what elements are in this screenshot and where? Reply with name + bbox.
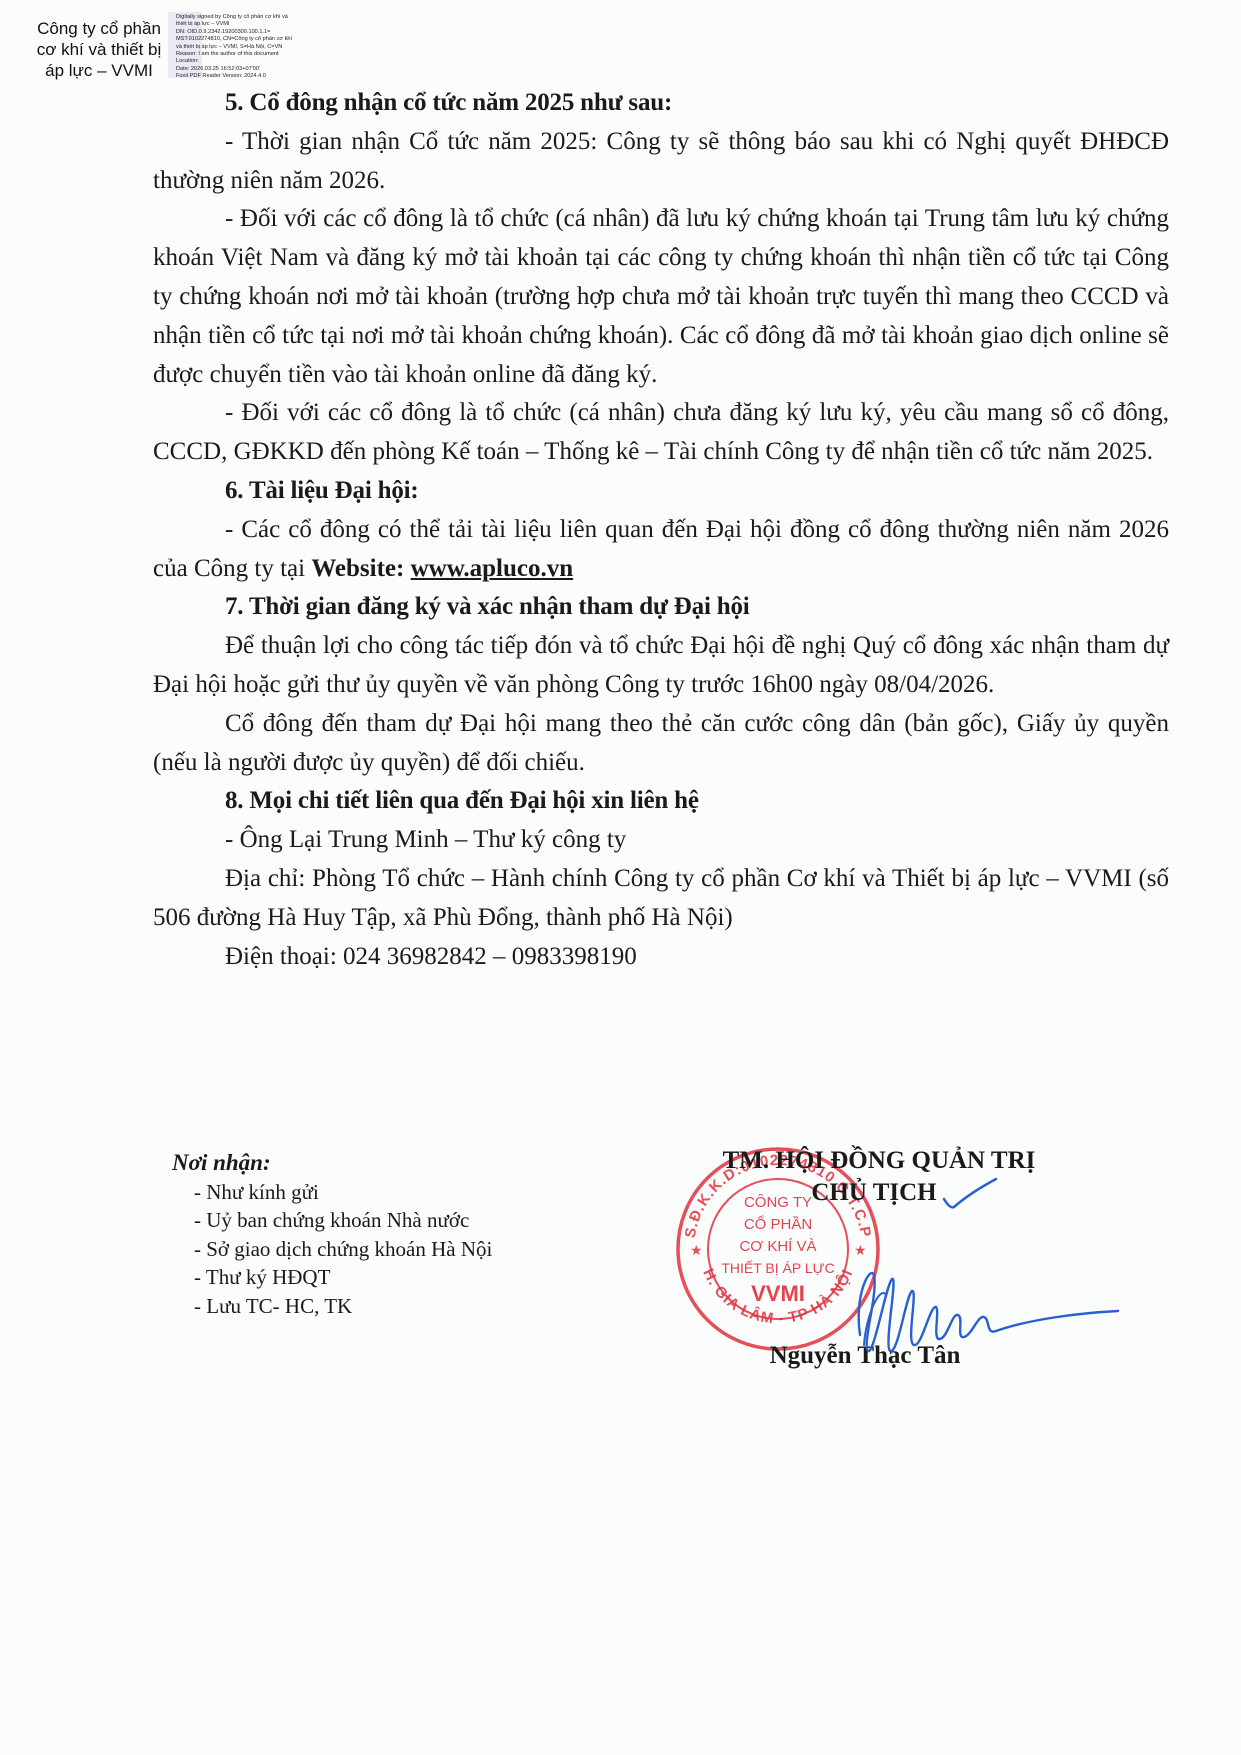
digital-signature-block[interactable]: Công ty cổ phần cơ khí và thiết bị áp lự… (0, 0, 330, 90)
section-6-paragraph: - Các cổ đông có thể tải tài liệu liên q… (153, 511, 1169, 589)
contact-person: - Ông Lại Trung Minh – Thư ký công ty (153, 821, 1169, 860)
stamp-line: CỔ PHẦN (744, 1215, 812, 1233)
section-5-paragraph: - Thời gian nhận Cổ tức năm 2025: Công t… (153, 123, 1169, 201)
signer-line: áp lực – VVMI (14, 60, 184, 81)
recipients-block: Nơi nhận: - Như kính gửi - Uỷ ban chứng … (172, 1149, 572, 1321)
signature-detail-line: Reason: I am the author of this document (176, 51, 316, 58)
signer-line: Công ty cổ phần (14, 18, 184, 39)
signer-display-name: Công ty cổ phần cơ khí và thiết bị áp lự… (14, 18, 184, 81)
website-link[interactable]: www.apluco.vn (411, 555, 574, 582)
checkmark-icon (940, 1175, 1000, 1215)
website-label: Website: (311, 555, 410, 582)
stamp-line: THIẾT BỊ ÁP LỰC (721, 1260, 834, 1276)
recipients-title: Nơi nhận: (172, 1149, 572, 1178)
signature-detail-line: và thiết bị áp lực – VVMI, S=Hà Nội, C=V… (176, 44, 316, 51)
document-body: 5. Cổ đông nhận cổ tức năm 2025 như sau:… (153, 84, 1169, 976)
signature-detail-line: Digitally signed by Công ty cổ phần cơ k… (176, 14, 316, 21)
section-6-heading: 6. Tài liệu Đại hội: (153, 472, 1169, 511)
stamp-line: VVMI (751, 1281, 805, 1306)
recipient-item: - Sở giao dịch chứng khoán Hà Nội (172, 1235, 572, 1264)
svg-text:★: ★ (690, 1244, 703, 1259)
section-5-paragraph: - Đối với các cổ đông là tổ chức (cá nhâ… (153, 200, 1169, 394)
signer-line: cơ khí và thiết bị (14, 39, 184, 60)
signature-detail-line: Foxit PDF Reader Version: 2024.4.0 (176, 73, 316, 80)
section-7-paragraph: Để thuận lợi cho công tác tiếp đón và tổ… (153, 627, 1169, 705)
signature-details: Digitally signed by Công ty cổ phần cơ k… (176, 14, 316, 81)
recipient-item: - Uỷ ban chứng khoán Nhà nước (172, 1206, 572, 1235)
recipient-item: - Như kính gửi (172, 1178, 572, 1207)
signature-detail-line: DN: OID.0.9.2342.19200300.100.1.1= (176, 29, 316, 36)
section-5-paragraph: - Đối với các cổ đông là tổ chức (cá nhâ… (153, 394, 1169, 472)
contact-address: Địa chỉ: Phòng Tổ chức – Hành chính Công… (153, 860, 1169, 938)
signature-detail-line: Location: (176, 58, 316, 65)
signature-detail-line: Date: 2026.03.25 16:52:03+07'00' (176, 66, 316, 73)
handwritten-signature-icon (840, 1255, 1120, 1365)
signer-org: TM. HỘI ĐỒNG QUẢN TRỊ (674, 1147, 1084, 1175)
recipient-item: - Lưu TC- HC, TK (172, 1292, 572, 1321)
signature-detail-line: thiết bị áp lực – VVMI (176, 21, 316, 28)
recipient-item: - Thư ký HĐQT (172, 1263, 572, 1292)
signer-block: TM. HỘI ĐỒNG QUẢN TRỊ CHỦ TỊCH S.Đ.K.K.D… (660, 1145, 1110, 1385)
signature-detail-line: MST:0102274810, CN=Công ty cổ phần cơ kh… (176, 36, 316, 43)
contact-phone: Điện thoại: 024 36982842 – 0983398190 (153, 938, 1169, 977)
section-7-paragraph: Cổ đông đến tham dự Đại hội mang theo th… (153, 705, 1169, 783)
section-6-text: - Các cổ đông có thể tải tài liệu liên q… (153, 516, 1169, 582)
section-5-heading: 5. Cổ đông nhận cổ tức năm 2025 như sau: (153, 84, 1169, 123)
section-7-heading: 7. Thời gian đăng ký và xác nhận tham dự… (153, 588, 1169, 627)
stamp-line: CƠ KHÍ VÀ (739, 1238, 816, 1255)
section-8-heading: 8. Mọi chi tiết liên qua đến Đại hội xin… (153, 782, 1169, 821)
